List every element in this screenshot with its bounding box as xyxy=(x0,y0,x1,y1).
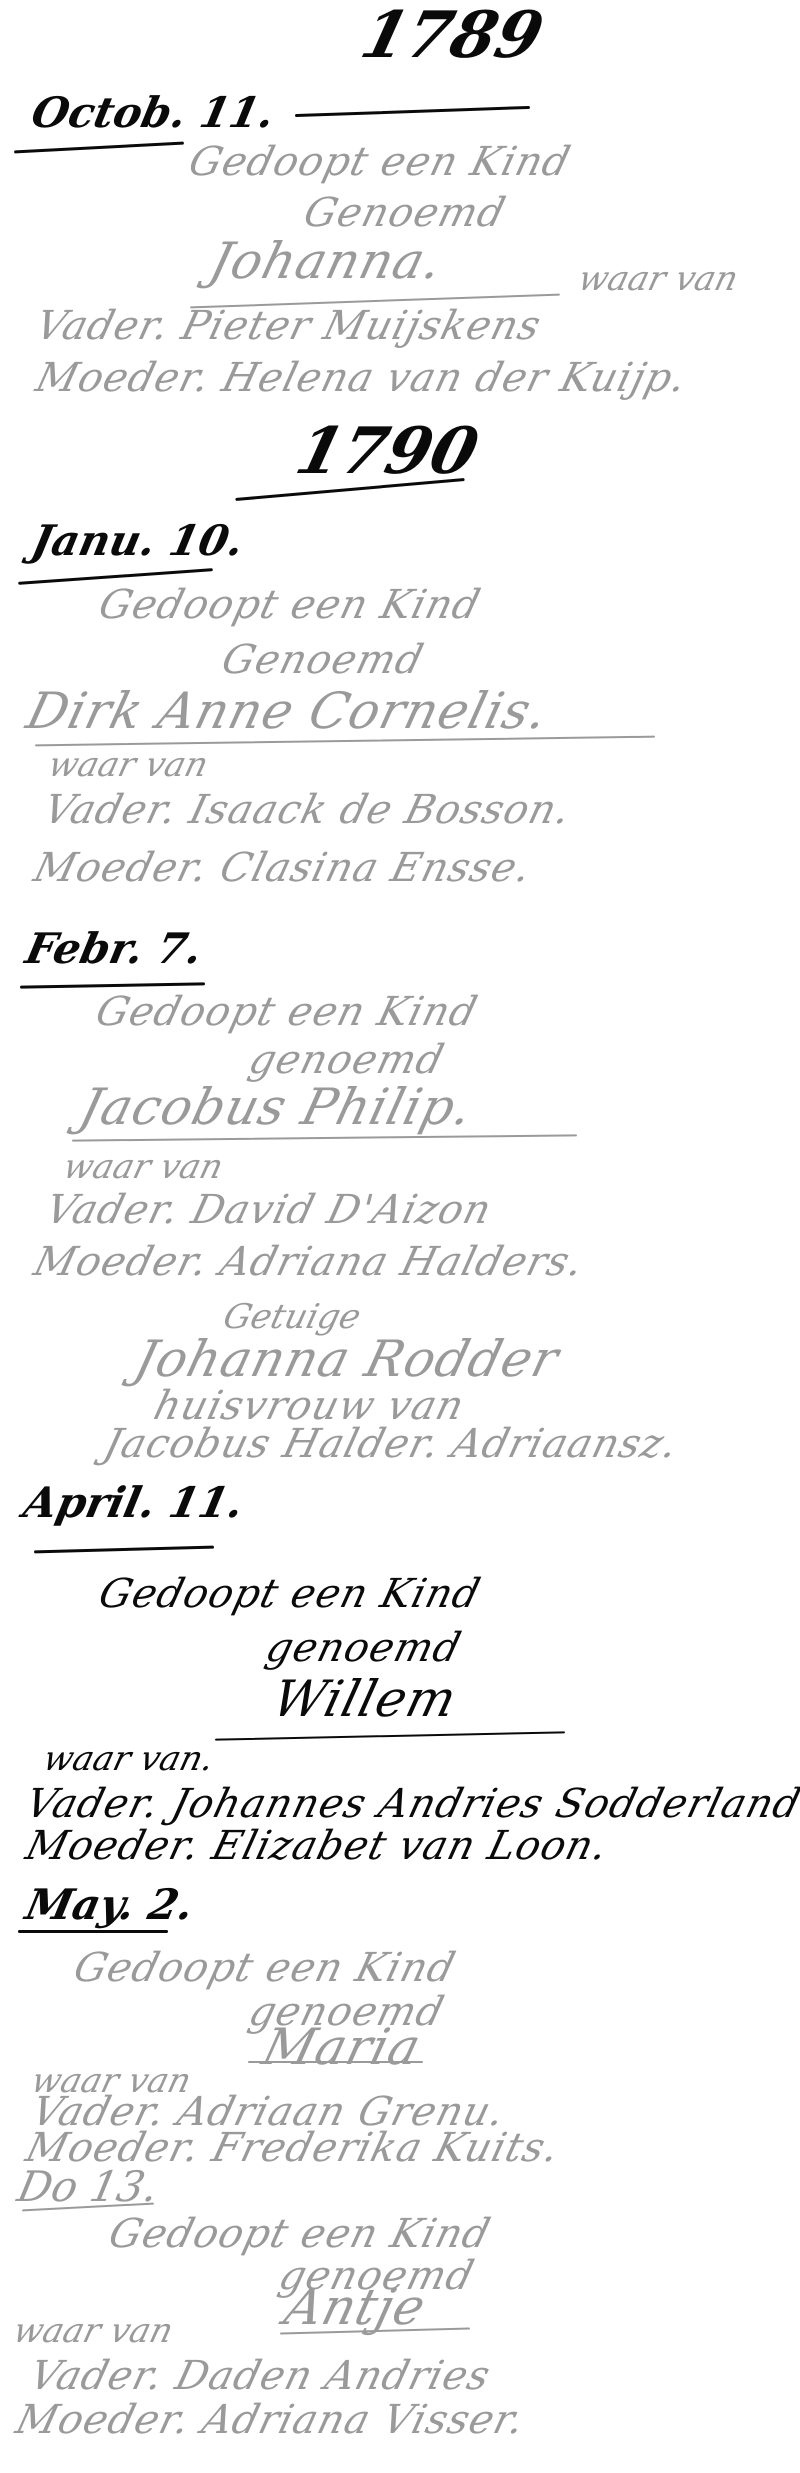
witness-name: Johanna Rodder xyxy=(130,1334,564,1384)
mother-line: Moeder. Elizabet van Loon. xyxy=(22,1826,612,1866)
entry-named-line: genoemd xyxy=(245,1040,448,1080)
witness-spouse: Jacobus Halder. Adriaansz. xyxy=(100,1424,682,1464)
waar-van-label: waar van xyxy=(45,748,212,782)
entry-named-line: Genoemd xyxy=(218,640,428,680)
entry-baptized-line: Gedoopt een Kind xyxy=(95,585,485,625)
year-underline xyxy=(295,106,530,117)
child-name: Willem xyxy=(268,1674,462,1724)
date-underline xyxy=(34,1546,214,1554)
year-heading: 1790 xyxy=(290,420,484,484)
date-underline xyxy=(20,982,205,988)
mother-line: Moeder. Adriana Halders. xyxy=(30,1242,588,1282)
child-name: Maria xyxy=(258,2022,426,2072)
entry-baptized-line: Gedoopt een Kind xyxy=(185,142,575,182)
entry-named-line: Genoemd xyxy=(300,193,510,233)
waar-van-label: waar van xyxy=(60,1150,227,1184)
entry-date: Do 13. xyxy=(14,2166,162,2208)
child-name: Jacobus Philip. xyxy=(75,1082,478,1132)
entry-date: Octob. 11. xyxy=(28,92,278,134)
mother-line: Moeder. Helena van der Kuijp. xyxy=(32,358,691,398)
year-heading: 1789 xyxy=(355,4,549,68)
child-name: Antje xyxy=(280,2282,431,2332)
entry-baptized-line: Gedoopt een Kind xyxy=(92,992,482,1032)
child-name-underline xyxy=(215,1731,565,1740)
waar-van-label: waar van. xyxy=(40,1742,217,1776)
entry-named-line: genoemd xyxy=(262,1628,465,1668)
father-line: Vader. Daden Andries xyxy=(26,2356,495,2396)
child-name: Dirk Anne Cornelis. xyxy=(22,686,553,736)
child-name-underline xyxy=(248,2061,423,2063)
father-line: Vader. Pieter Muijskens xyxy=(32,306,545,346)
entry-date: Janu. 10. xyxy=(28,520,247,562)
waar-van-label: waar van xyxy=(575,262,742,296)
entry-baptized-line: Gedoopt een Kind xyxy=(105,2214,495,2254)
mother-line: Moeder. Adriana Visser. xyxy=(12,2400,529,2440)
witness-relation: huisvrouw van xyxy=(150,1386,469,1426)
father-line: Vader. Johannes Andries Sodderland xyxy=(22,1784,800,1824)
waar-van-label: waar van xyxy=(10,2314,177,2348)
register-page: 1789 Octob. 11. Gedoopt een Kind Genoemd… xyxy=(0,0,800,2473)
father-line: Vader. Isaack de Bosson. xyxy=(40,790,575,830)
date-underline xyxy=(14,142,184,154)
entry-date: April. 11. xyxy=(20,1482,247,1524)
entry-baptized-line: Gedoopt een Kind xyxy=(95,1574,485,1614)
mother-line: Moeder. Clasina Ensse. xyxy=(30,848,535,888)
entry-date: Febr. 7. xyxy=(22,928,206,970)
entry-date: May. 2. xyxy=(22,1884,197,1926)
entry-baptized-line: Gedoopt een Kind xyxy=(70,1948,460,1988)
child-name: Johanna. xyxy=(205,236,448,286)
witness-label: Getuige xyxy=(220,1300,364,1334)
father-line: Vader. David D'Aizon xyxy=(42,1190,496,1230)
date-underline xyxy=(18,1930,168,1933)
